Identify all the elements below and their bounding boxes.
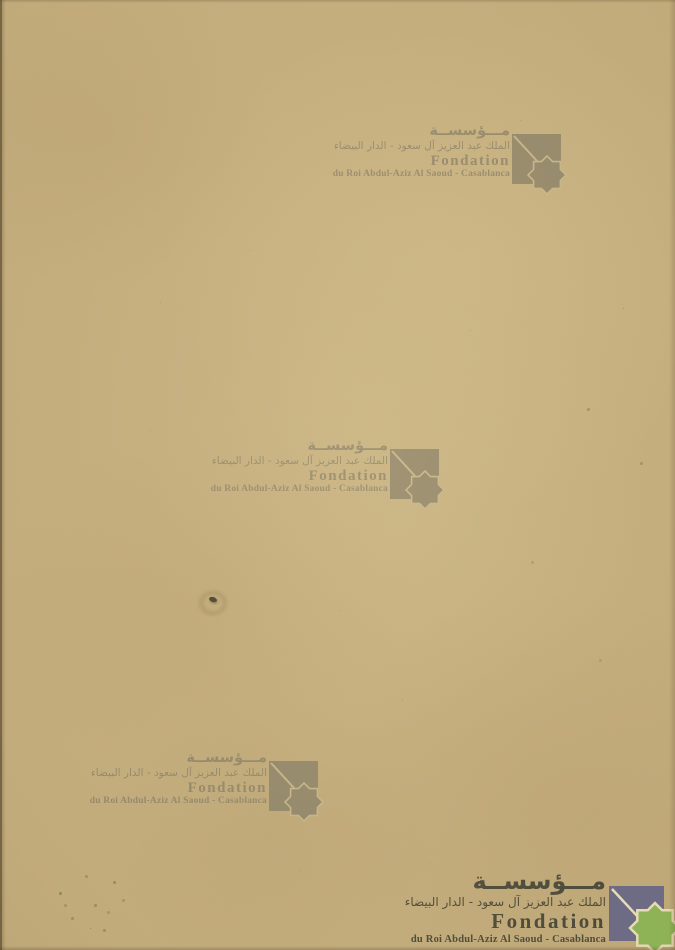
foundation-logo-color-icon bbox=[609, 886, 675, 950]
watermark-stamp-bottom: مـــؤسســة الملك عبد العزيز آل سعود - ال… bbox=[82, 751, 339, 833]
watermark-text-block: مـــؤسســة الملك عبد العزيز آل سعود - ال… bbox=[203, 439, 388, 495]
foundation-french-title: Fondation bbox=[394, 911, 606, 932]
foundation-logo-icon bbox=[390, 449, 460, 521]
foundation-arabic-subtitle: الملك عبد العزيز آل سعود - الدار البيضاء bbox=[82, 767, 267, 779]
foundation-arabic-title: مـــؤسســة bbox=[325, 124, 510, 139]
foundation-logo-icon bbox=[269, 761, 339, 833]
foundation-french-subtitle: du Roi Abdul-Aziz Al Saoud - Casablanca bbox=[203, 484, 388, 495]
page-edge-shade-right bbox=[669, 0, 675, 950]
foundation-arabic-subtitle: الملك عبد العزيز آل سعود - الدار البيضاء bbox=[325, 140, 510, 152]
foundation-french-title: Fondation bbox=[203, 468, 388, 484]
foundation-french-title: Fondation bbox=[325, 153, 510, 169]
watermark-text-block: مـــؤسســة الملك عبد العزيز آل سعود - ال… bbox=[82, 751, 267, 807]
foundation-french-subtitle: du Roi Abdul-Aziz Al Saoud - Casablanca bbox=[394, 934, 606, 945]
stain-halo bbox=[196, 588, 230, 618]
foundation-stamp-text: مـــؤسســة الملك عبد العزيز آل سعود - ال… bbox=[394, 869, 606, 945]
foundation-french-subtitle: du Roi Abdul-Aziz Al Saoud - Casablanca bbox=[325, 169, 510, 180]
page-edge-shade-bottom bbox=[0, 946, 675, 950]
foundation-arabic-subtitle: الملك عبد العزيز آل سعود - الدار البيضاء bbox=[394, 895, 606, 909]
page-edge-shade-top bbox=[0, 0, 675, 3]
foundation-arabic-title: مـــؤسســة bbox=[394, 869, 606, 894]
foundation-arabic-title: مـــؤسســة bbox=[82, 751, 267, 766]
foundation-arabic-subtitle: الملك عبد العزيز آل سعود - الدار البيضاء bbox=[203, 455, 388, 467]
foundation-logo-icon bbox=[512, 134, 582, 206]
foundation-french-subtitle: du Roi Abdul-Aziz Al Saoud - Casablanca bbox=[82, 796, 267, 807]
watermark-stamp-top: مـــؤسســة الملك عبد العزيز آل سعود - ال… bbox=[325, 124, 582, 206]
scanned-page: مـــؤسســة الملك عبد العزيز آل سعود - ال… bbox=[0, 0, 675, 950]
watermark-text-block: مـــؤسســة الملك عبد العزيز آل سعود - ال… bbox=[325, 124, 510, 180]
watermark-stamp-middle: مـــؤسســة الملك عبد العزيز آل سعود - ال… bbox=[203, 439, 460, 521]
foundation-french-title: Fondation bbox=[82, 780, 267, 796]
foundation-arabic-title: مـــؤسســة bbox=[203, 439, 388, 454]
page-edge-shade-left bbox=[2, 0, 6, 950]
